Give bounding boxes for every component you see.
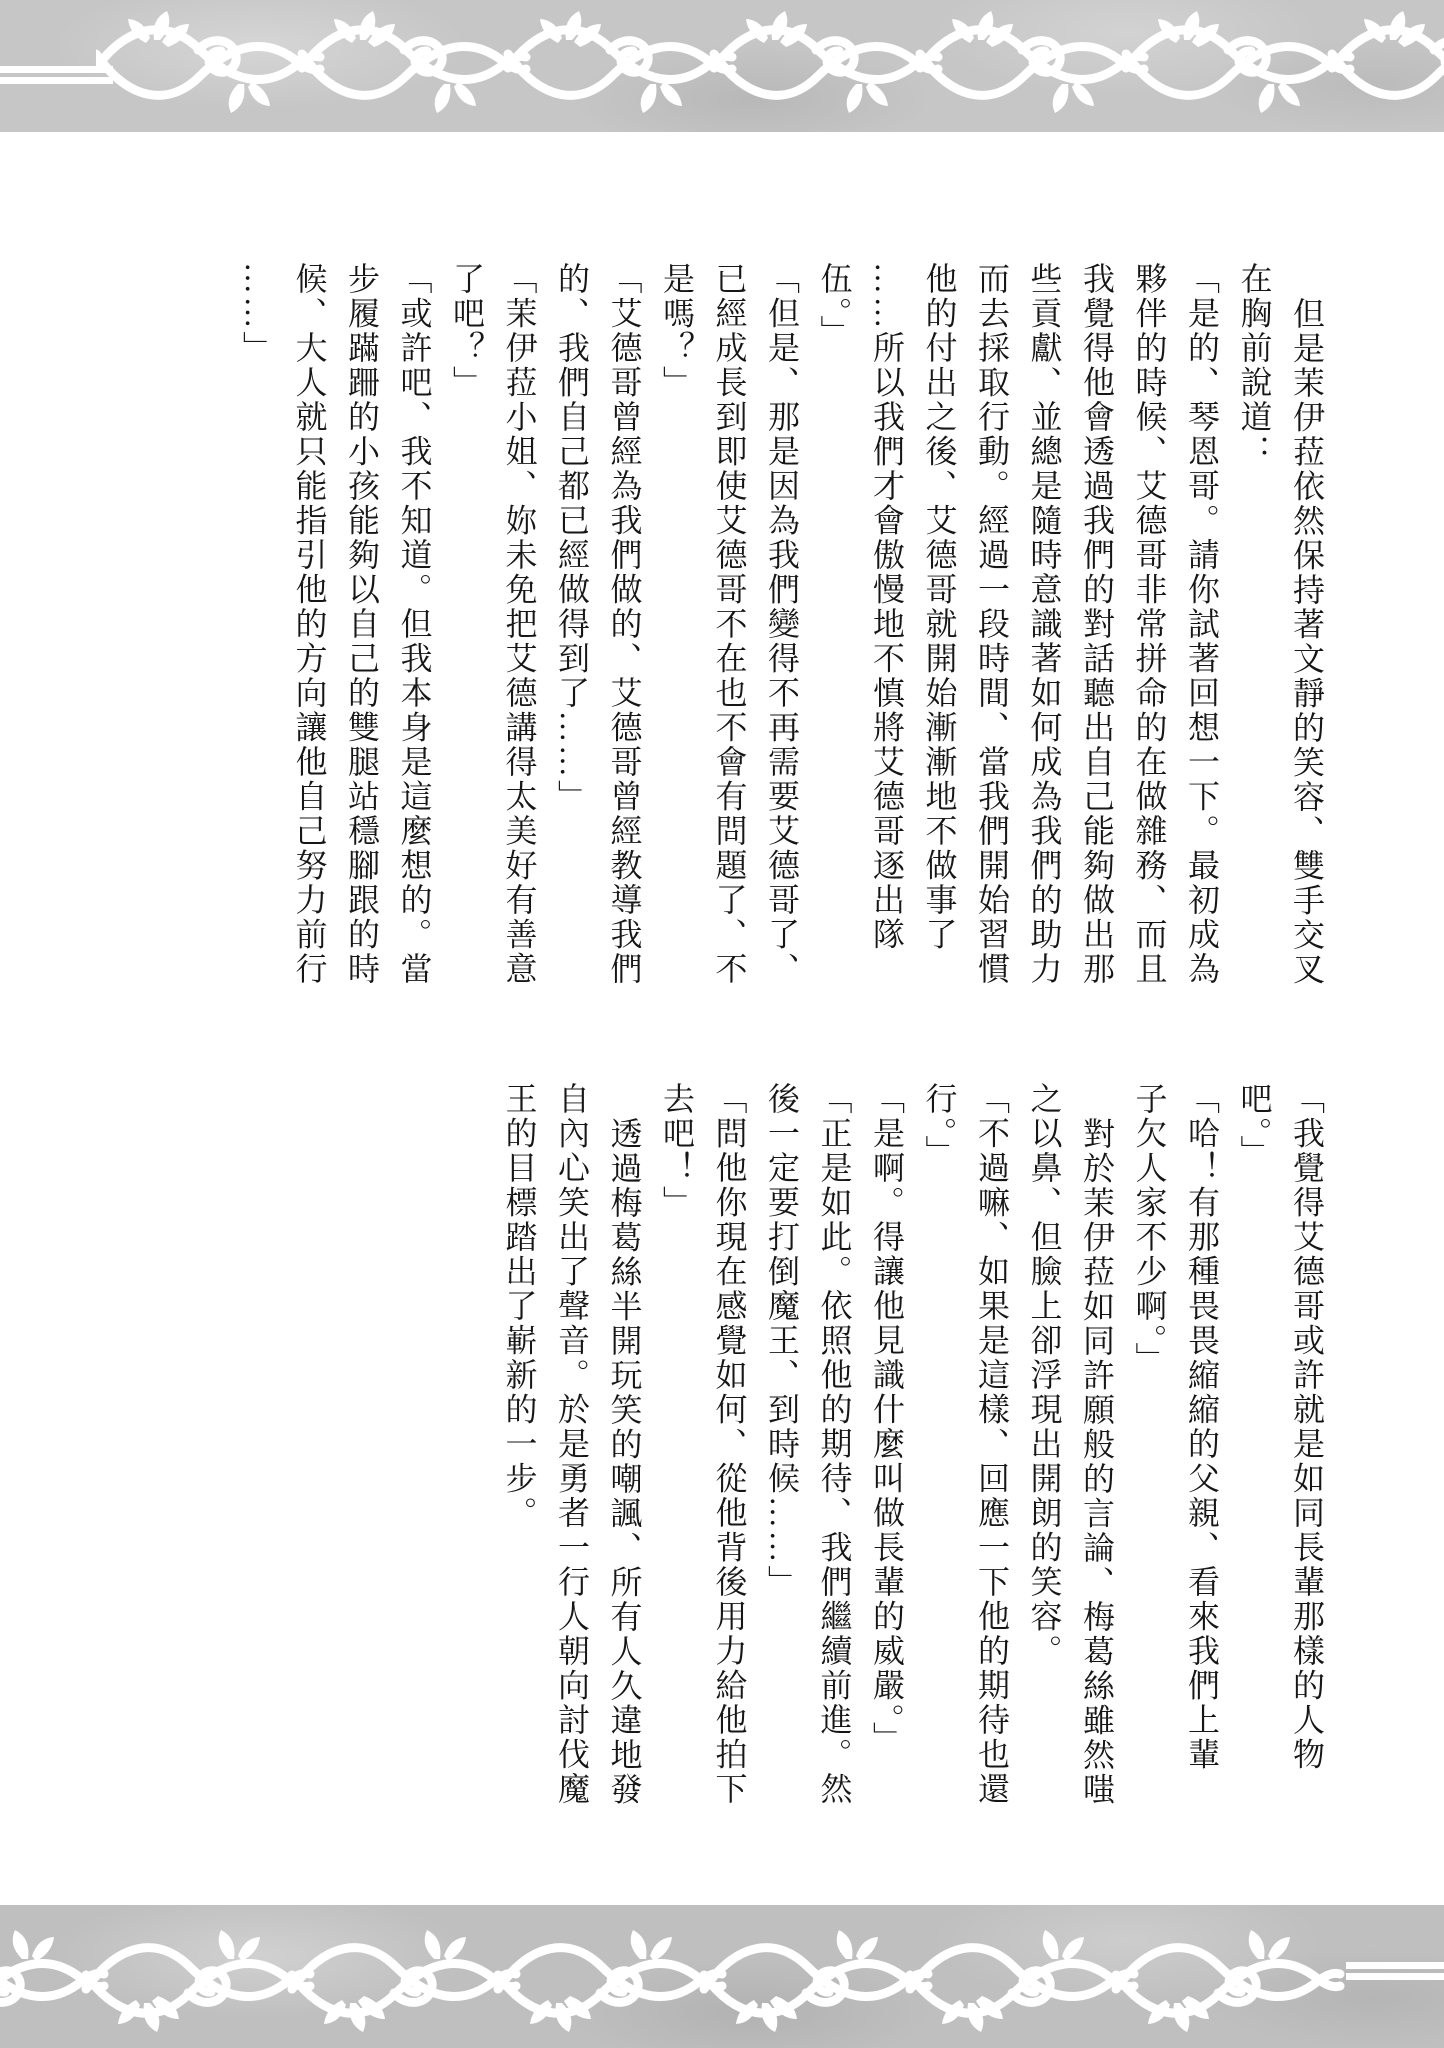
- text-column: 後一定要打倒魔王、到時候……」: [756, 1082, 809, 1818]
- lower-text-band: 「我覺得艾德哥或許就是如同長輩那樣的人物吧。」「哈！有那種畏畏縮縮的父親、看來我…: [493, 1082, 1333, 1818]
- text-column: 伍。」: [808, 262, 861, 998]
- text-column: 他的付出之後、艾德哥就開始漸漸地不做事了: [913, 262, 966, 998]
- text-column: 「茉伊菈小姐、妳未免把艾德講得太美好有善意: [493, 262, 546, 998]
- text-column: 已經成長到即使艾德哥不在也不會有問題了、不: [703, 262, 756, 998]
- text-column: 「哈！有那種畏畏縮縮的父親、看來我們上輩: [1176, 1082, 1229, 1818]
- text-column: 些貢獻、並總是隨時意識著如何成為我們的助力: [1018, 262, 1071, 998]
- text-column: 是嗎？」: [651, 262, 704, 998]
- text-column: ……所以我們才會傲慢地不慎將艾德哥逐出隊: [861, 262, 914, 998]
- text-column: 的、我們自己都已經做得到了……」: [546, 262, 599, 998]
- double-rule-top: [0, 66, 113, 73]
- page-root: { "page": { "background": "#ffffff", "te…: [0, 0, 1444, 2048]
- text-column: 透過梅葛絲半開玩笑的嘲諷、所有人久違地發: [598, 1082, 651, 1818]
- text-column: 自內心笑出了聲音。於是勇者一行人朝向討伐魔: [546, 1082, 599, 1818]
- text-column: ……」: [231, 262, 284, 998]
- text-column: 「正是如此。依照他的期待、我們繼續前進。然: [808, 1082, 861, 1818]
- text-column: 「我覺得艾德哥或許就是如同長輩那樣的人物: [1281, 1082, 1334, 1818]
- top-border-band: [0, 0, 1444, 132]
- text-column: 而去採取行動。經過一段時間、當我們開始習慣: [966, 262, 1019, 998]
- upper-text-band: 但是茉伊菈依然保持著文靜的笑容、雙手交叉在胸前說道：「是的、琴恩哥。請你試著回想…: [231, 262, 1334, 998]
- text-column: 「不過嘛、如果是這樣、回應一下他的期待也還: [966, 1082, 1019, 1818]
- text-column: 步履蹣跚的小孩能夠以自己的雙腿站穩腳跟的時: [336, 262, 389, 998]
- text-column: 了吧？」: [441, 262, 494, 998]
- flourish-ornament-icon: [0, 1919, 1440, 2035]
- text-column: 「艾德哥曾經為我們做的、艾德哥曾經教導我們: [598, 262, 651, 998]
- text-column: 「或許吧、我不知道。但我本身是這麼想的。當: [388, 262, 441, 998]
- text-column: 王的目標踏出了嶄新的一步。: [493, 1082, 546, 1818]
- text-column: 夥伴的時候、艾德哥非常拼命的在做雜務、而且: [1123, 262, 1176, 998]
- double-rule-top: [0, 77, 113, 84]
- text-column: 對於茉伊菈如同許願般的言論、梅葛絲雖然嗤: [1071, 1082, 1124, 1818]
- text-column: 去吧！」: [651, 1082, 704, 1818]
- text-column: 「是的、琴恩哥。請你試著回想一下。最初成為: [1176, 262, 1229, 998]
- text-column: 「是啊。得讓他見識什麼叫做長輩的威嚴。」: [861, 1082, 914, 1818]
- text-column: 吧。」: [1228, 1082, 1281, 1818]
- double-rule-bottom: [1346, 1973, 1444, 1980]
- bottom-border-band: [0, 1905, 1444, 2048]
- double-rule-bottom: [1346, 1962, 1444, 1969]
- text-column: 在胸前說道：: [1228, 262, 1281, 998]
- text-column: 「但是、那是因為我們變得不再需要艾德哥了、: [756, 262, 809, 998]
- text-column: 我覺得他會透過我們的對話聽出自己能夠做出那: [1071, 262, 1124, 998]
- text-column: 行。」: [913, 1082, 966, 1818]
- text-column: 候、大人就只能指引他的方向讓他自己努力前行: [283, 262, 336, 998]
- text-column: 子欠人家不少啊。」: [1123, 1082, 1176, 1818]
- flourish-ornament-icon: [96, 8, 1444, 124]
- text-column: 「問他你現在感覺如何、從他背後用力給他拍下: [703, 1082, 756, 1818]
- text-column: 之以鼻、但臉上卻浮現出開朗的笑容。: [1018, 1082, 1071, 1818]
- text-column: 但是茉伊菈依然保持著文靜的笑容、雙手交叉: [1281, 262, 1334, 998]
